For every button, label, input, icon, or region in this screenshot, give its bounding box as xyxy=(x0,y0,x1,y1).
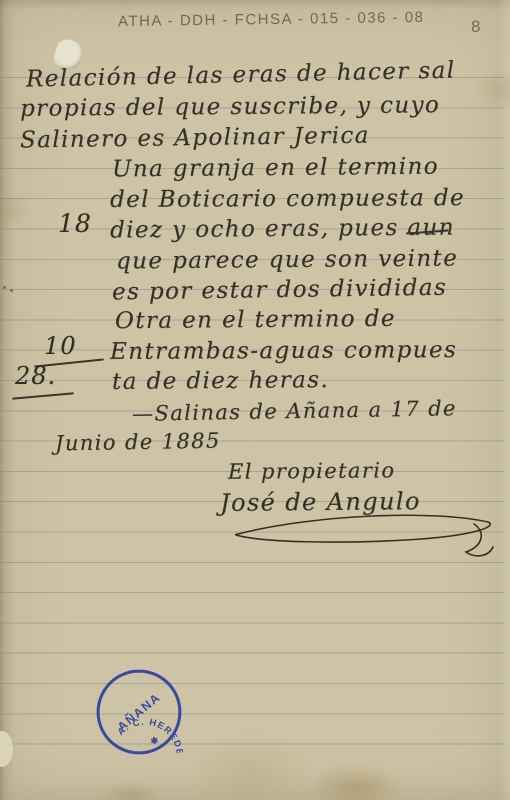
sum-underline xyxy=(12,392,74,399)
ink-speck xyxy=(10,289,13,292)
handwritten-line: es por estar dos divididas xyxy=(112,277,447,305)
handwritten-line: del Boticario compuesta de xyxy=(110,187,465,212)
ink-speck xyxy=(3,286,6,289)
handwritten-line: diez y ocho eras, pues aun xyxy=(110,216,455,242)
handwritten-line: El propietario xyxy=(228,460,396,482)
archive-code: ATHA - DDH - FCHSA - 015 - 036 - 08 xyxy=(118,9,425,30)
margin-number-28: 28. xyxy=(15,364,56,388)
handwritten-line: Entrambas-aguas compues xyxy=(110,339,457,364)
handwritten-line: Salinero es Apolinar Jerica xyxy=(20,125,370,153)
handwritten-line: que parece que son veinte xyxy=(116,248,458,274)
handwritten-line: propias del que suscribe, y cuyo xyxy=(20,94,440,121)
handwritten-line: Relación de las eras de hacer sal xyxy=(26,60,456,92)
heirs-community-stamp: A. C. HEREDEROS SALINAS AÑANA ✱ xyxy=(87,660,191,764)
handwritten-line: Una granja en el termino xyxy=(112,156,439,182)
handwritten-line: —Salinas de Añana a 17 de xyxy=(132,398,457,425)
paper-light-patch xyxy=(0,731,13,767)
page-number: 8 xyxy=(471,17,480,37)
signature-flourish xyxy=(226,502,498,566)
stamp-star-icon: ✱ xyxy=(150,735,159,746)
handwritten-line: Junio de 1885 xyxy=(55,431,221,455)
handwritten-line: ta de diez heras. xyxy=(112,369,329,394)
margin-number-10: 10 xyxy=(44,334,77,358)
margin-number-18: 18 xyxy=(58,211,92,236)
handwritten-line: Otra en el termino de xyxy=(115,308,396,333)
